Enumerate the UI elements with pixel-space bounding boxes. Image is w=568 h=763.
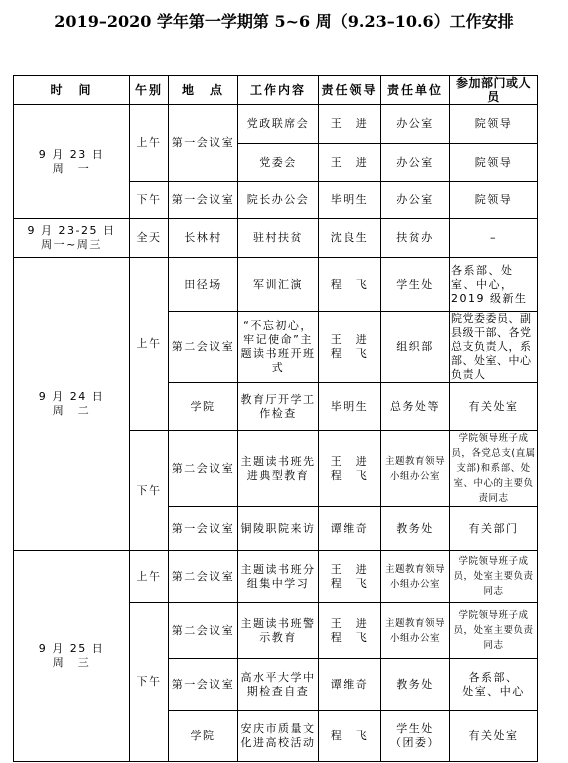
date-cell: 9 月 23-25 日 周一~周三 [14, 219, 130, 258]
table-row: 9 月 24 日 周 二 上午 田径场 军训汇演 程 飞 学生处 各系部、处室、… [14, 258, 538, 312]
location-cell: 第一会议室 [169, 105, 238, 182]
content-cell: 高水平大学中期检查自查 [238, 659, 319, 711]
unit-cell: 学生处 [381, 258, 450, 312]
table-row: 9 月 25 日 周 三 上午 第二会议室 主题读书班分组集中学习 王 进 程 … [14, 551, 538, 603]
unit-cell: 教务处 [381, 659, 450, 711]
location-cell: 长林村 [169, 219, 238, 258]
leader-cell: 谭维奇 [319, 507, 381, 551]
participants-cell: 学院领导班子成员，处室主要负责同志 [450, 551, 538, 603]
location-cell: 第二会议室 [169, 431, 238, 507]
leader-cell: 王 进 程 飞 [319, 431, 381, 507]
participants-cell: 院领导 [450, 105, 538, 144]
content-cell: 军训汇演 [238, 258, 319, 312]
unit-cell: 扶贫办 [381, 219, 450, 258]
location-cell: 第一会议室 [169, 182, 238, 219]
period-cell: 下午 [130, 182, 169, 219]
participants-cell: 有关处室 [450, 383, 538, 431]
period-cell: 全天 [130, 219, 169, 258]
header-period: 午别 [130, 76, 169, 105]
participants-cell: 有关部门 [450, 507, 538, 551]
participants-cell: 各系部、 处室、中心 [450, 659, 538, 711]
participants-cell: 有关处室 [450, 711, 538, 762]
unit-cell: 组织部 [381, 312, 450, 383]
leader-cell: 程 飞 [319, 258, 381, 312]
leader-cell: 程 飞 [319, 711, 381, 762]
unit-cell: 主题教育领导小组办公室 [381, 603, 450, 659]
leader-cell: 王 进 [319, 144, 381, 182]
unit-cell: 学生处 （团委） [381, 711, 450, 762]
leader-cell: 毕明生 [319, 182, 381, 219]
location-cell: 第一会议室 [169, 507, 238, 551]
leader-cell: 谭维奇 [319, 659, 381, 711]
content-cell: 教育厅开学工作检查 [238, 383, 319, 431]
location-cell: 田径场 [169, 258, 238, 312]
header-row: 时 间 午别 地 点 工作内容 责任领导 责任单位 参加部门或人员 [14, 76, 538, 105]
participants-cell: 各系部、处室、中心，2019 级新生 [450, 258, 538, 312]
table-row: 9 月 23-25 日 周一~周三 全天 长林村 驻村扶贫 沈良生 扶贫办 – [14, 219, 538, 258]
content-cell: 主题读书班先进典型教育 [238, 431, 319, 507]
header-time: 时 间 [14, 76, 130, 105]
table-row: 9 月 23 日 周 一 上午 第一会议室 党政联席会 王 进 办公室 院领导 [14, 105, 538, 144]
location-cell: 第二会议室 [169, 603, 238, 659]
leader-cell: 王 进 [319, 105, 381, 144]
date-cell: 9 月 25 日 周 三 [14, 551, 130, 762]
unit-cell: 办公室 [381, 105, 450, 144]
date-cell: 9 月 23 日 周 一 [14, 105, 130, 219]
period-cell: 上午 [130, 551, 169, 603]
period-cell: 下午 [130, 431, 169, 551]
participants-cell: 学院领导班子成员，各党总支(直属支部)和系部、处室、中心的主要负责同志 [450, 431, 538, 507]
leader-cell: 毕明生 [319, 383, 381, 431]
participants-cell: 院领导 [450, 182, 538, 219]
content-cell: 党政联席会 [238, 105, 319, 144]
schedule-table: 时 间 午别 地 点 工作内容 责任领导 责任单位 参加部门或人员 9 月 23… [13, 75, 538, 762]
leader-cell: 王 进 程 飞 [319, 312, 381, 383]
content-cell: 院长办公会 [238, 182, 319, 219]
location-cell: 第一会议室 [169, 659, 238, 711]
content-cell: 安庆市质量文化进高校活动 [238, 711, 319, 762]
header-leader: 责任领导 [319, 76, 381, 105]
location-cell: 第二会议室 [169, 312, 238, 383]
participants-cell: 学院领导班子成员，处室主要负责同志 [450, 603, 538, 659]
header-unit: 责任单位 [381, 76, 450, 105]
location-cell: 学院 [169, 383, 238, 431]
period-cell: 下午 [130, 603, 169, 762]
content-cell: 主题读书班警示教育 [238, 603, 319, 659]
participants-cell: 院领导 [450, 144, 538, 182]
leader-cell: 王 进 程 飞 [319, 551, 381, 603]
content-cell: “不忘初心，牢记使命”主题读书班开班式 [238, 312, 319, 383]
unit-cell: 主题教育领导小组办公室 [381, 551, 450, 603]
leader-cell: 王 进 程 飞 [319, 603, 381, 659]
unit-cell: 总务处等 [381, 383, 450, 431]
unit-cell: 办公室 [381, 182, 450, 219]
unit-cell: 办公室 [381, 144, 450, 182]
period-cell: 上午 [130, 258, 169, 431]
content-cell: 主题读书班分组集中学习 [238, 551, 319, 603]
unit-cell: 教务处 [381, 507, 450, 551]
content-cell: 驻村扶贫 [238, 219, 319, 258]
header-location: 地 点 [169, 76, 238, 105]
date-cell: 9 月 24 日 周 二 [14, 258, 130, 551]
unit-cell: 主题教育领导小组办公室 [381, 431, 450, 507]
location-cell: 第二会议室 [169, 551, 238, 603]
content-cell: 党委会 [238, 144, 319, 182]
participants-cell: 院党委委员、副县级干部、各党总支负责人，系部、处室、中心负责人 [450, 312, 538, 383]
header-participants: 参加部门或人员 [450, 76, 538, 105]
participants-cell: – [450, 219, 538, 258]
content-cell: 铜陵职院来访 [238, 507, 319, 551]
page-title: 2019–2020 学年第一学期第 5~6 周（9.23–10.6）工作安排 [0, 9, 568, 32]
period-cell: 上午 [130, 105, 169, 182]
header-content: 工作内容 [238, 76, 319, 105]
leader-cell: 沈良生 [319, 219, 381, 258]
location-cell: 学院 [169, 711, 238, 762]
